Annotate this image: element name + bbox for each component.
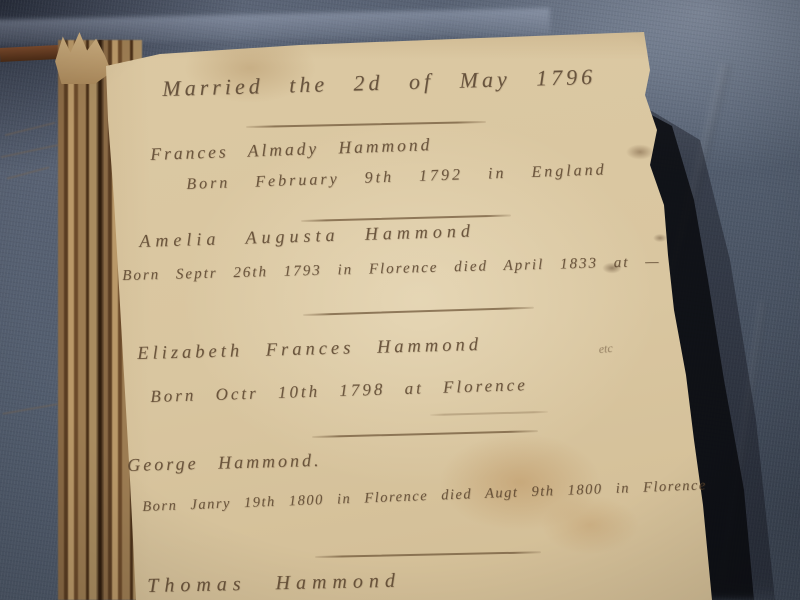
margin-note: etc (598, 341, 613, 357)
binding-crease (96, 40, 104, 600)
photo-of-register-book: Married the 2d of May 1796 Frances Almad… (0, 0, 800, 600)
